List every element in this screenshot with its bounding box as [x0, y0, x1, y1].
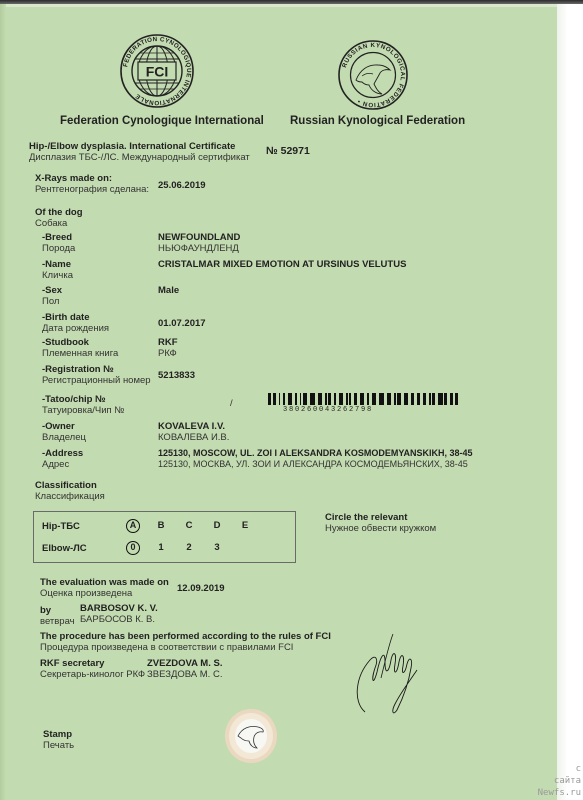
secretary-label-en: RKF secretary: [40, 658, 104, 669]
classification-label-ru: Классификация: [35, 491, 105, 502]
watermark-line-1: с: [576, 764, 581, 774]
xray-label-ru: Рентгенография сделана:: [35, 184, 149, 195]
chip-label-en: -Tatoo/chip №: [42, 394, 106, 405]
circle-hint-ru: Нужное обвести кружком: [325, 523, 436, 534]
studbook-value-ru: РКФ: [158, 348, 177, 359]
dog-section-ru: Собака: [35, 218, 67, 229]
xray-label-en: X-Rays made on:: [35, 173, 112, 184]
breed-value-ru: НЬЮФАУНДЛЕНД: [158, 243, 239, 254]
secretary-name-ru: ЗВЕЗДОВА М. С.: [147, 669, 222, 680]
watermark-line-2: сайта: [554, 776, 581, 786]
secretary-name-en: ZVEZDOVA M. S.: [147, 658, 222, 669]
rkf-logo-icon: RUSSIAN KYNOLOGICAL FEDERATION •: [338, 40, 408, 110]
circle-hint-en: Circle the relevant: [325, 512, 407, 523]
registration-label-en: -Registration №: [42, 364, 114, 375]
grade-option-0: 0: [126, 541, 140, 555]
signature-icon: [345, 632, 445, 717]
by-label-en: by: [40, 605, 51, 616]
xray-date: 25.06.2019: [158, 180, 206, 191]
breed-label-ru: Порода: [42, 243, 75, 254]
stamp-label-en: Stamp: [43, 729, 72, 740]
evaluation-date: 12.09.2019: [177, 583, 225, 594]
evaluation-label-en: The evaluation was made on: [40, 577, 169, 588]
by-label-ru: ветврач: [40, 616, 75, 627]
registration-label-ru: Регистрационный номер: [42, 375, 151, 386]
address-value-en: 125130, MOSCOW, UL. ZOI I ALEKSANDRA KOS…: [158, 448, 473, 459]
classification-box: Hip-ТБС Elbow-ЛС ABCDE 0123: [33, 511, 296, 563]
rkf-org-name: Russian Kynological Federation: [290, 115, 465, 127]
birthdate-label-en: -Birth date: [42, 312, 90, 323]
fci-org-name: Federation Cynologique International: [60, 115, 264, 127]
vet-name-en: BARBOSOV K. V.: [80, 603, 158, 614]
registration-value: 5213833: [158, 370, 195, 381]
grade-option-C: C: [182, 519, 196, 533]
address-label-ru: Адрес: [42, 459, 69, 470]
chip-barcode: [268, 393, 458, 405]
grade-option-3: 3: [210, 541, 224, 555]
owner-label-en: -Owner: [42, 421, 75, 432]
grade-option-D: D: [210, 519, 224, 533]
fci-logo-icon: FCI FEDERATION CYNOLOGIQUE INTERNATIONAL…: [120, 33, 194, 109]
breed-label-en: -Breed: [42, 232, 72, 243]
grade-option-2: 2: [182, 541, 196, 555]
birthdate-label-ru: Дата рождения: [42, 323, 109, 334]
procedure-text-ru: Процедура произведена в соответствии с п…: [40, 642, 293, 653]
grade-option-1: 1: [154, 541, 168, 555]
elbow-label: Elbow-ЛС: [42, 543, 87, 554]
vet-name-ru: БАРБОСОВ К. В.: [80, 614, 155, 625]
chip-label-ru: Татуировка/Чип №: [42, 405, 124, 416]
watermark-line-3: Newfs.ru: [538, 788, 581, 798]
studbook-label-ru: Племенная книга: [42, 348, 118, 359]
dog-section-en: Of the dog: [35, 207, 83, 218]
owner-label-ru: Владелец: [42, 432, 86, 443]
address-label-en: -Address: [42, 448, 83, 459]
birthdate-value: 01.07.2017: [158, 318, 206, 329]
name-label-ru: Кличка: [42, 270, 73, 281]
hip-label: Hip-ТБС: [42, 521, 80, 532]
sex-label-ru: Пол: [42, 296, 59, 307]
secretary-label-ru: Секретарь-кинолог РКФ: [40, 669, 145, 680]
sex-value: Male: [158, 285, 179, 296]
breed-value-en: NEWFOUNDLAND: [158, 232, 240, 243]
grade-option-E: E: [238, 519, 252, 533]
address-value-ru: 125130, МОСКВА, УЛ. ЗОИ И АЛЕКСАНДРА КОС…: [158, 459, 468, 470]
certificate-title-ru: Дисплазия ТБС-/ЛС. Международный сертифи…: [29, 152, 250, 163]
studbook-value-en: RKF: [158, 337, 178, 348]
grade-option-B: B: [154, 519, 168, 533]
svg-text:FCI: FCI: [146, 64, 169, 80]
owner-value-ru: КОВАЛЕВА И.В.: [158, 432, 229, 443]
sex-label-en: -Sex: [42, 285, 62, 296]
name-label-en: -Name: [42, 259, 71, 270]
certificate-title-en: Hip-/Elbow dysplasia. International Cert…: [29, 141, 235, 152]
name-value: CRISTALMAR MIXED EMOTION AT URSINUS VELU…: [158, 259, 406, 270]
studbook-label-en: -Studbook: [42, 337, 89, 348]
stamp-label-ru: Печать: [43, 740, 74, 751]
procedure-text-en: The procedure has been performed accordi…: [40, 631, 331, 642]
classification-label-en: Classification: [35, 480, 97, 491]
owner-value-en: KOVALEVA I.V.: [158, 421, 225, 432]
evaluation-label-ru: Оценка произведена: [40, 588, 132, 599]
scan-right-margin: [557, 4, 583, 800]
chip-barcode-number: 380260043262798: [283, 406, 373, 414]
tattoo-value: /: [230, 398, 233, 409]
hologram-stamp-icon: [224, 708, 278, 764]
grade-option-A: A: [126, 519, 140, 533]
certificate-number: № 52971: [266, 146, 310, 157]
